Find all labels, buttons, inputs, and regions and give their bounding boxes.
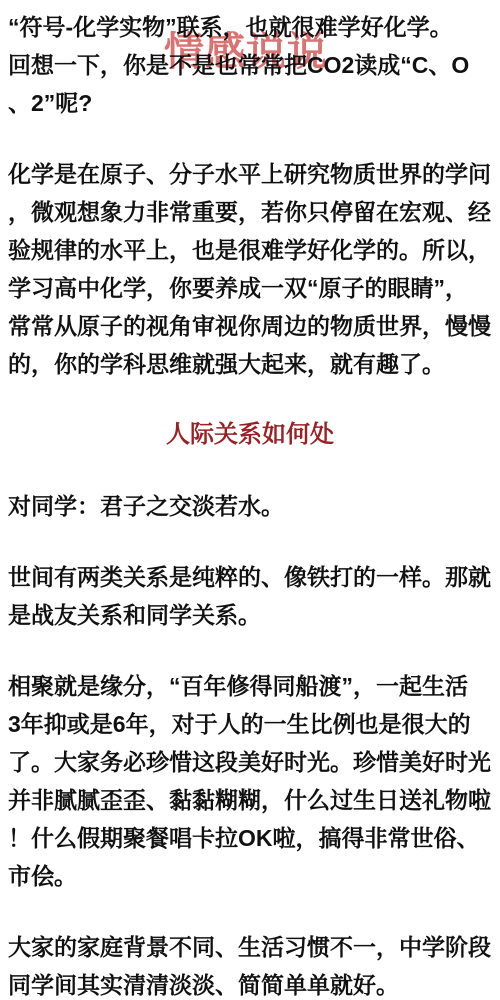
paragraph-family-backgrounds: 大家的家庭背景不同、生活习惯不一，中学阶段 同学间其实清清淡淡、简简单单就好。 [8, 928, 492, 1000]
article-page: 情感说说 “符号-化学实物”联系，也就很难学好化学。 回想一下，你是不是也常常把… [0, 0, 500, 1000]
paragraph-chemistry-atomic-view: 化学是在原子、分子水平上研究物质世界的学问 ，微观想象力非常重要，若你只停留在宏… [8, 155, 492, 383]
paragraph-cherish-time: 相聚就是缘分，“百年修得同船渡”，一起生活 3年抑或是6年，对于人的一生比例也是… [8, 667, 492, 895]
paragraph-classmates-light-friendship: 对同学：君子之交淡若水。 [8, 487, 492, 525]
paragraph-symbol-co2: “符号-化学实物”联系，也就很难学好化学。 回想一下，你是不是也常常把CO2读成… [8, 8, 492, 122]
paragraph-two-pure-relationships: 世间有两类关系是纯粹的、像铁打的一样。那就 是战友关系和同学关系。 [8, 558, 492, 634]
section-heading-relationships: 人际关系如何处 [8, 416, 492, 454]
